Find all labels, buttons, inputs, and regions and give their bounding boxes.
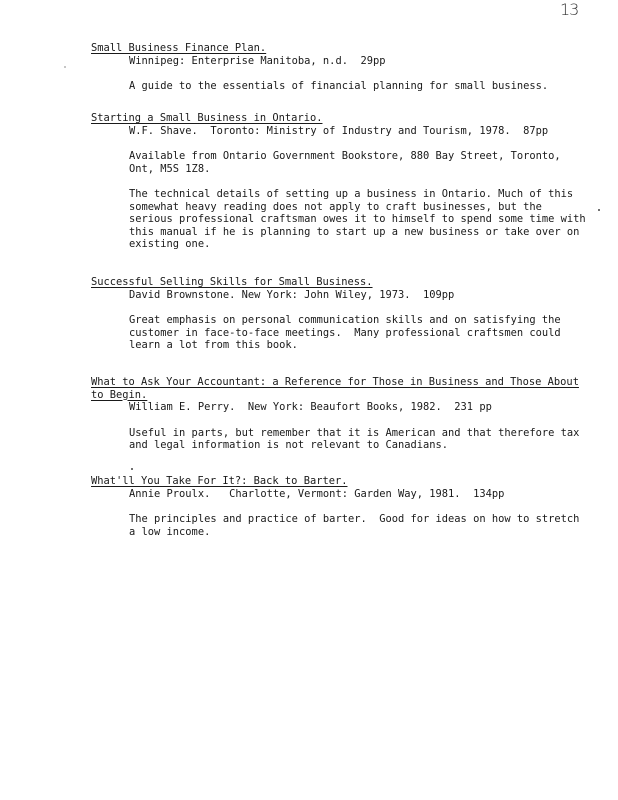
entry-title: Starting a Small Business in Ontario. (91, 112, 583, 125)
scan-speck (64, 66, 66, 68)
entry-citation: David Brownstone. New York: John Wiley, … (129, 289, 591, 302)
entry-title: Small Business Finance Plan. (91, 42, 583, 55)
bibliography-entry: What'll You Take For It?: Back to Barter… (91, 475, 591, 538)
entry-note: Great emphasis on personal communication… (129, 314, 591, 352)
bibliography-entry: Successful Selling Skills for Small Busi… (91, 276, 591, 352)
scan-speck (598, 209, 600, 211)
entry-note: A guide to the essentials of financial p… (129, 80, 591, 93)
entry-title: What'll You Take For It?: Back to Barter… (91, 475, 583, 488)
bibliography-entry: What to Ask Your Accountant: a Reference… (91, 376, 591, 452)
entry-citation: Winnipeg: Enterprise Manitoba, n.d. 29pp (129, 55, 591, 68)
bibliography-entry: Starting a Small Business in Ontario. W.… (91, 112, 591, 251)
page-number: 13 (560, 4, 578, 17)
bibliography-entry: Small Business Finance Plan. Winnipeg: E… (91, 42, 591, 93)
scan-speck (131, 468, 133, 470)
entry-title: What to Ask Your Accountant: a Reference… (91, 376, 583, 401)
entry-note: The principles and practice of barter. G… (129, 513, 591, 538)
entry-title: Successful Selling Skills for Small Busi… (91, 276, 583, 289)
entry-citation: W.F. Shave. Toronto: Ministry of Industr… (129, 125, 591, 138)
entry-citation: Annie Proulx. Charlotte, Vermont: Garden… (129, 488, 591, 501)
entry-citation: William E. Perry. New York: Beaufort Boo… (129, 401, 591, 414)
entry-note: The technical details of setting up a bu… (129, 188, 591, 251)
entry-note: Available from Ontario Government Bookst… (129, 150, 591, 175)
entry-note: Useful in parts, but remember that it is… (129, 427, 591, 452)
